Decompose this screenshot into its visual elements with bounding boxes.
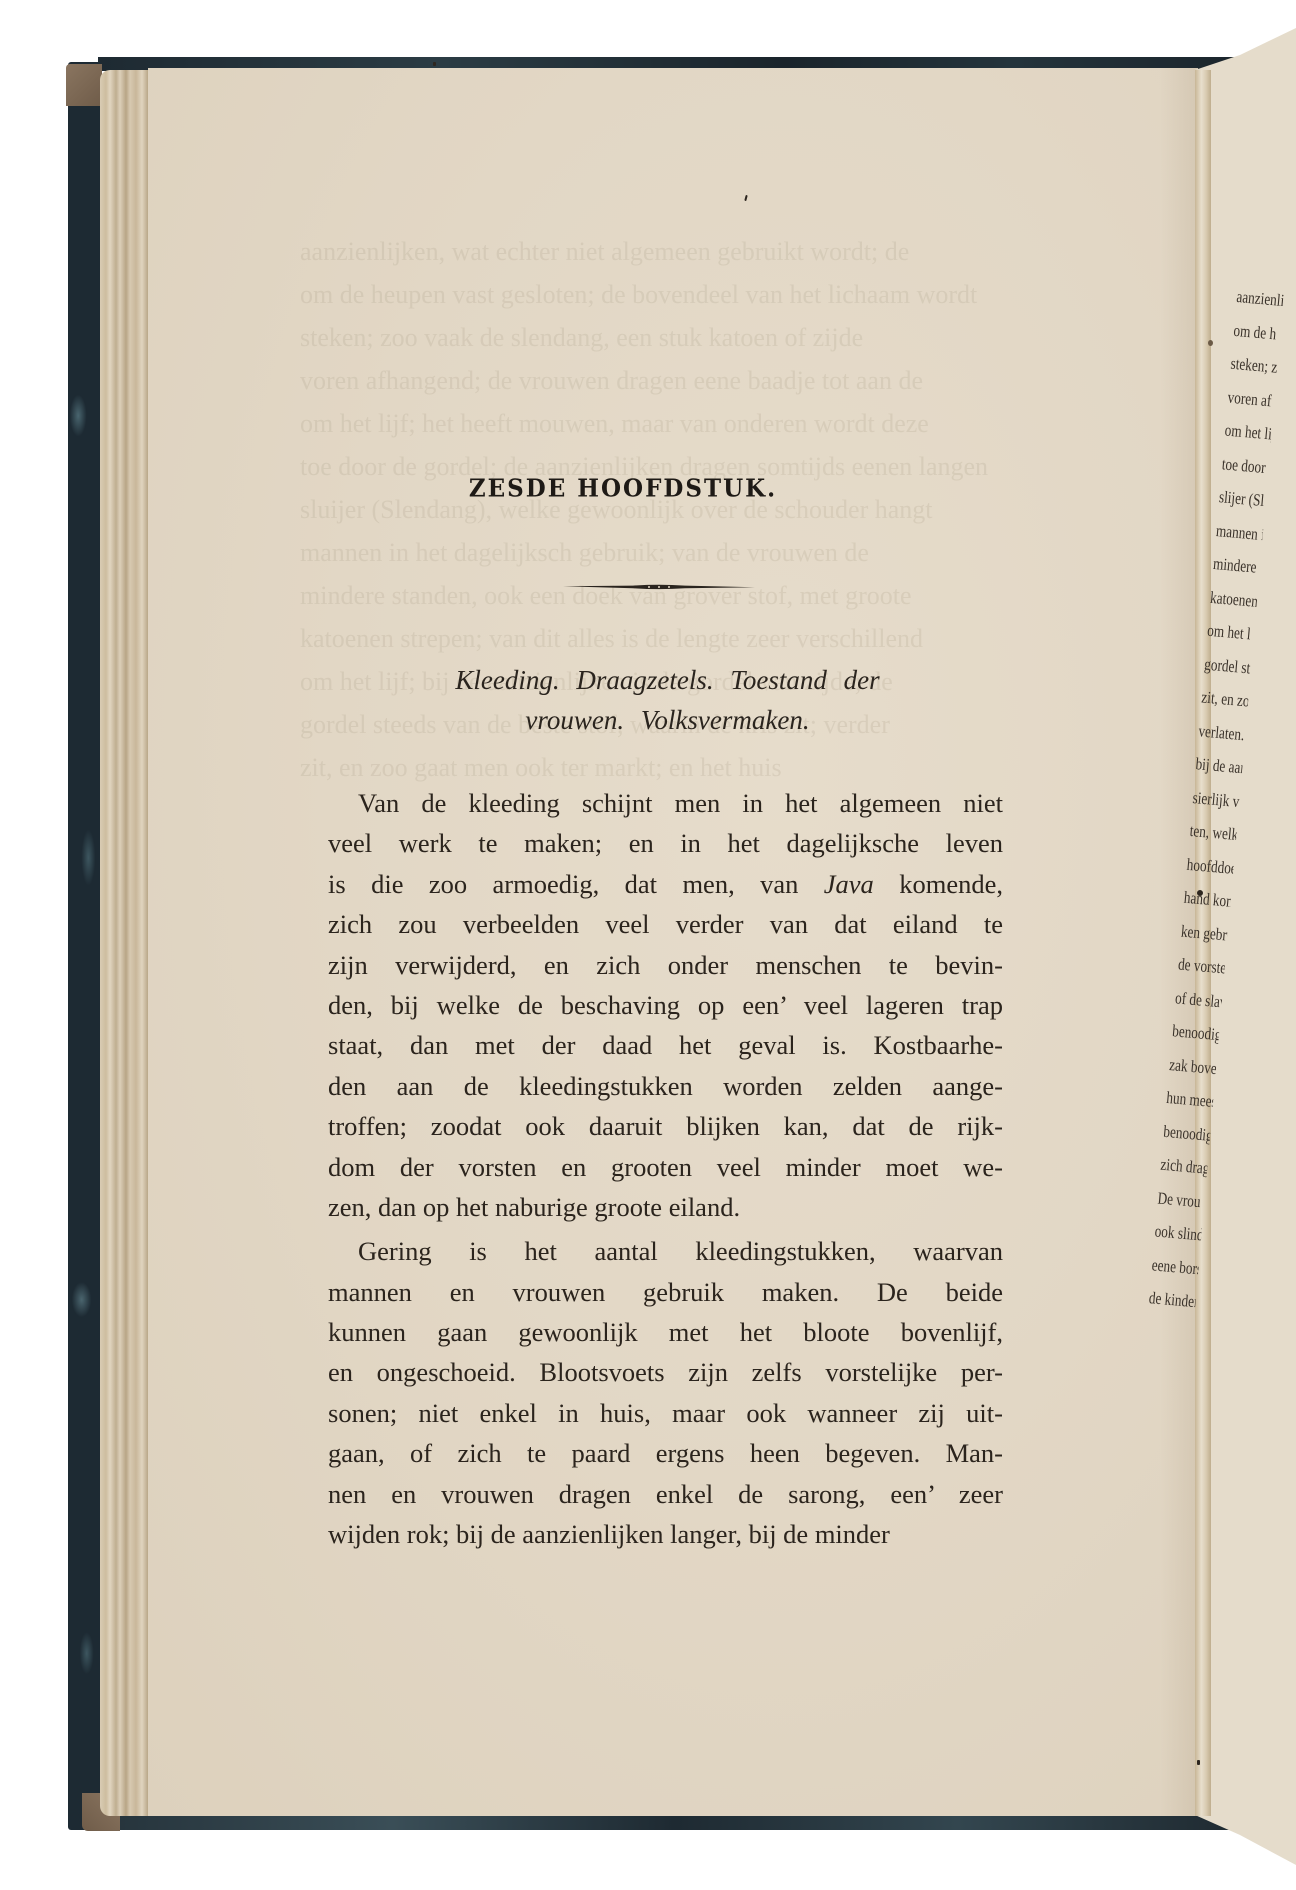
body-text: Van de kleeding schijnt men in het algem… xyxy=(328,783,1003,1554)
ornament-divider xyxy=(563,584,755,588)
subtitle-line: Kleeding. Draagzetels. Toestand der xyxy=(330,660,1005,700)
right-page-line: slijer (Sl xyxy=(1218,480,1268,517)
show-through-line: om de heupen vast gesloten; de bovendeel… xyxy=(300,273,1020,316)
chapter-title-text: ZESDE HOOFDSTUK. xyxy=(469,474,777,502)
text-line: veel werk te maken; en in het dagelijksc… xyxy=(328,823,1003,863)
right-page-line: mindere st xyxy=(1212,547,1262,584)
page-edges-stack xyxy=(100,70,150,1816)
right-page-line: de vorsten, xyxy=(1177,947,1227,984)
text-line: Van de kleeding schijnt men in het algem… xyxy=(328,783,1003,823)
text-line: is die zoo armoedig, dat men, van Java k… xyxy=(328,864,1003,904)
show-through-line: mindere standen, ook een doek van grover… xyxy=(300,574,1020,617)
right-page-line: sierlijk van xyxy=(1191,781,1241,818)
right-page-line: bij de aanzi xyxy=(1194,747,1244,784)
show-through-line: steken; zoo vaak de slendang, een stuk k… xyxy=(300,316,1020,359)
paper-speck xyxy=(433,62,436,66)
text-line: dom der vorsten en grooten veel minder m… xyxy=(328,1147,1003,1187)
text-line: zich zou verbeelden veel verder van dat … xyxy=(328,904,1003,944)
text-line: kunnen gaan gewoonlijk met het bloote bo… xyxy=(328,1312,1003,1352)
show-through-line: mannen in het dagelijksch gebruik; van d… xyxy=(300,531,1020,574)
text-line: zijn verwijderd, en zich onder menschen … xyxy=(328,945,1003,985)
right-page-line: zit, en zo xyxy=(1200,680,1250,717)
right-page-line: steken; z xyxy=(1229,347,1279,384)
right-page-line: benoodigdh xyxy=(1162,1114,1212,1151)
text-line: gaan, of zich te paard ergens heen begev… xyxy=(328,1433,1003,1473)
text-line: mannen en vrouwen gebruik maken. De beid… xyxy=(328,1272,1003,1312)
text-line: troffen; zoodat ook daaruit blijken kan,… xyxy=(328,1106,1003,1146)
right-page-line: hand kom xyxy=(1183,881,1233,918)
text-line: nen en vrouwen dragen enkel de sarong, e… xyxy=(328,1474,1003,1514)
binding-thread xyxy=(1197,890,1203,896)
text-line: sonen; niet enkel in huis, maar ook wann… xyxy=(328,1393,1003,1433)
show-through-line: voren afhangend; de vrouwen dragen eene … xyxy=(300,359,1020,402)
right-page-line: zich dragen xyxy=(1159,1148,1209,1185)
text-line: den aan de kleedingstukken worden zelden… xyxy=(328,1066,1003,1106)
text-line: zen, dan op het naburige groote eiland. xyxy=(328,1187,1003,1227)
right-page-line: eene borst xyxy=(1150,1248,1200,1285)
binding-thread xyxy=(1208,340,1213,346)
binding-thread xyxy=(1197,1760,1200,1765)
right-page-line: katoenen st xyxy=(1209,580,1259,617)
right-page-line: of de slavin xyxy=(1174,981,1224,1018)
right-page-line: ten, welke xyxy=(1188,814,1238,851)
right-page-line: De vrou xyxy=(1156,1181,1206,1218)
ornament-rule-icon xyxy=(563,584,755,590)
right-page-line: aanzienlijk xyxy=(1235,280,1285,317)
right-page-line: mannen in xyxy=(1215,514,1265,551)
right-page-line: ook slindo xyxy=(1153,1214,1203,1251)
right-page-line: hoofddoek xyxy=(1185,847,1235,884)
right-page-line: voren af xyxy=(1226,380,1276,417)
book-cover-board-left xyxy=(68,62,102,1830)
right-page-line: om het l xyxy=(1206,614,1256,651)
text-line: den, bij welke de beschaving op een’ vee… xyxy=(328,985,1003,1025)
italic-word: Java xyxy=(824,869,874,899)
text-line: en ongeschoeid. Blootsvoets zijn zelfs v… xyxy=(328,1352,1003,1392)
show-through-line: aanzienlijken, wat echter niet algemeen … xyxy=(300,230,1020,273)
right-page-line: benoodigdhe xyxy=(1171,1014,1221,1051)
right-page-line: toe door d xyxy=(1220,447,1270,484)
right-page-line: gordel st xyxy=(1203,647,1253,684)
text-line: Gering is het aantal kleedingstukken, wa… xyxy=(328,1231,1003,1271)
text-line: wijden rok; bij de aanzienlijken langer,… xyxy=(328,1514,1003,1554)
right-page-line: de kinder xyxy=(1147,1281,1197,1318)
right-page-line: zak boven xyxy=(1168,1048,1218,1085)
book-cover-board-bottom xyxy=(110,1815,1240,1830)
right-page-line: om het lij xyxy=(1223,413,1273,450)
right-page-line: hun meest xyxy=(1165,1081,1215,1118)
right-page-line: ken gebrui xyxy=(1180,914,1230,951)
chapter-title: ZESDE HOOFDSTUK. xyxy=(0,475,1296,502)
chapter-subtitle: Kleeding. Draagzetels. Toestand der vrou… xyxy=(330,660,1005,740)
show-through-line: om het lijf; het heeft mouwen, maar van … xyxy=(300,402,1020,445)
show-through-line: katoenen strepen; van dit alles is de le… xyxy=(300,617,1020,660)
subtitle-line: vrouwen. Volksvermaken. xyxy=(330,700,1005,740)
right-page-line: verlaten. xyxy=(1197,714,1247,751)
right-page-line: om de h xyxy=(1232,313,1282,350)
leather-corner-top xyxy=(66,64,102,106)
text-line: staat, dan met der daad het geval is. Ko… xyxy=(328,1025,1003,1065)
